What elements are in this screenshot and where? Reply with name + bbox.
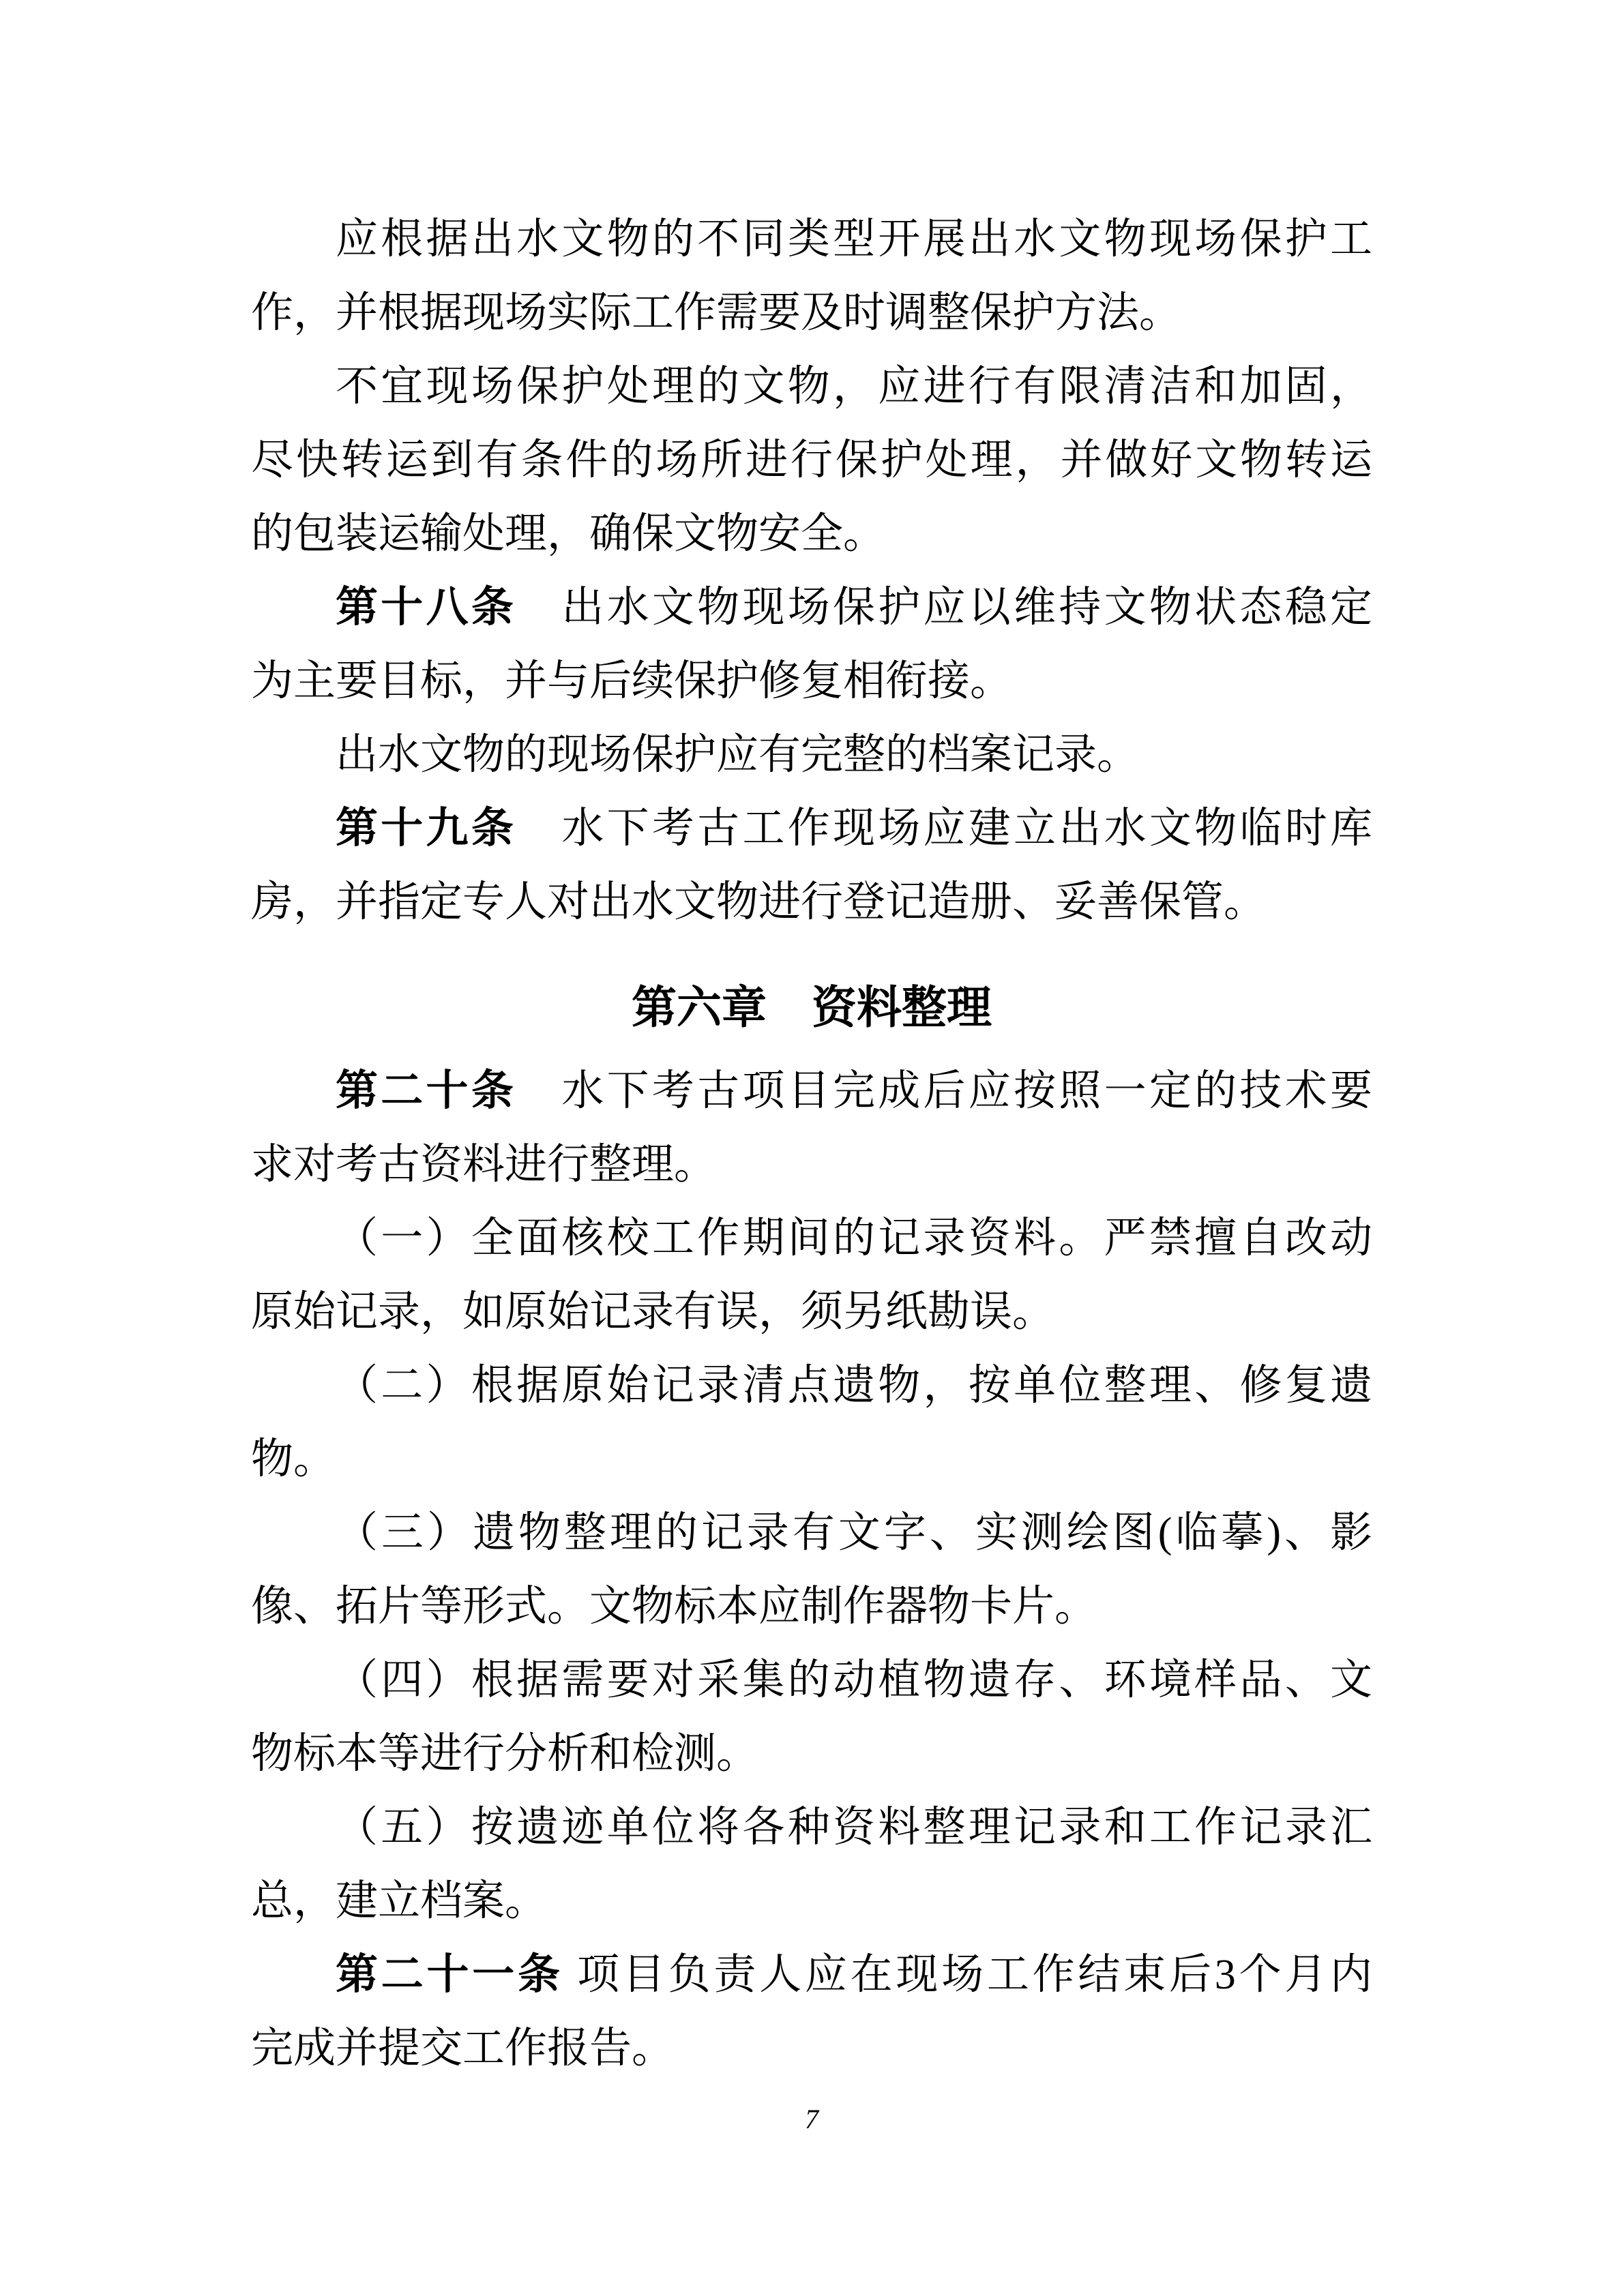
text-line-article-18: 第十八条 出水文物现场保护应以维持文物状态稳定	[251, 571, 1372, 644]
line-text: 尽快转运到有条件的场所进行保护处理，并做好文物转运	[251, 437, 1372, 483]
chapter-heading-text: 第六章 资料整理	[632, 982, 992, 1032]
text-line: 不宜现场保护处理的文物，应进行有限清洁和加固，	[251, 350, 1372, 423]
line-text: 物标本等进行分析和检测。	[251, 1731, 758, 1777]
article-text: 项目负责人应在现场工作结束后3个月内	[563, 1952, 1372, 1998]
text-line-item-2: （二）根据原始记录清点遗物，按单位整理、修复遗	[251, 1349, 1372, 1422]
text-line: 完成并提交工作报告。	[251, 2012, 1372, 2085]
line-text: 房，并指定专人对出水文物进行登记造册、妥善保管。	[251, 879, 1266, 925]
line-text: （四）根据需要对采集的动植物遗存、环境样品、文	[336, 1657, 1372, 1703]
page-content: 应根据出水文物的不同类型开展出水文物现场保护工 作，并根据现场实际工作需要及时调…	[0, 0, 1624, 2140]
text-line: 的包装运输处理，确保文物安全。	[251, 497, 1372, 571]
text-line-item-3: （三）遗物整理的记录有文字、实测绘图(临摹)、影	[251, 1496, 1372, 1570]
page-number: 7	[805, 2104, 818, 2134]
line-text: 物。	[251, 1436, 336, 1482]
article-text: 出水文物现场保护应以维持文物状态稳定	[516, 584, 1372, 631]
article-number: 第二十条	[336, 1067, 516, 1114]
text-line-item-5: （五）按遗迹单位将各种资料整理记录和工作记录汇	[251, 1791, 1372, 1864]
document-page: 应根据出水文物的不同类型开展出水文物现场保护工 作，并根据现场实际工作需要及时调…	[0, 0, 1624, 2296]
line-text: 总，建立档案。	[251, 1878, 547, 1924]
text-line-article-20: 第二十条 水下考古项目完成后应按照一定的技术要	[251, 1054, 1372, 1128]
text-line: 原始记录，如原始记录有误，须另纸勘误。	[251, 1275, 1372, 1349]
text-line: 求对考古资料进行整理。	[251, 1128, 1372, 1202]
line-text: （一）全面核校工作期间的记录资料。严禁擅自改动	[336, 1215, 1372, 1262]
line-text: 为主要目标，并与后续保护修复相衔接。	[251, 658, 1012, 704]
text-line-article-19: 第十九条 水下考古工作现场应建立出水文物临时库	[251, 792, 1372, 865]
line-text: 像、拓片等形式。文物标本应制作器物卡片。	[251, 1583, 1097, 1630]
line-text: 完成并提交工作报告。	[251, 2025, 674, 2072]
text-line: 物标本等进行分析和检测。	[251, 1717, 1372, 1791]
line-text: （三）遗物整理的记录有文字、实测绘图(临摹)、影	[336, 1510, 1372, 1556]
article-number: 第十八条	[336, 584, 516, 631]
text-line: 像、拓片等形式。文物标本应制作器物卡片。	[251, 1570, 1372, 1643]
text-line: 为主要目标，并与后续保护修复相衔接。	[251, 644, 1372, 718]
line-text: （二）根据原始记录清点遗物，按单位整理、修复遗	[336, 1362, 1372, 1409]
chapter-heading: 第六章 资料整理	[251, 970, 1372, 1044]
line-text: 的包装运输处理，确保文物安全。	[251, 511, 885, 557]
line-text: 应根据出水文物的不同类型开展出水文物现场保护工	[336, 216, 1372, 263]
text-line: 作，并根据现场实际工作需要及时调整保护方法。	[251, 276, 1372, 350]
text-line-article-21: 第二十一条 项目负责人应在现场工作结束后3个月内	[251, 1938, 1372, 2012]
line-text: 不宜现场保护处理的文物，应进行有限清洁和加固，	[336, 363, 1372, 410]
article-number: 第二十一条	[336, 1951, 563, 1998]
article-text: 水下考古工作现场应建立出水文物临时库	[516, 805, 1372, 852]
text-line: 尽快转运到有条件的场所进行保护处理，并做好文物转运	[251, 423, 1372, 497]
line-text: 出水文物的现场保护应有完整的档案记录。	[336, 732, 1139, 778]
text-line: 应根据出水文物的不同类型开展出水文物现场保护工	[251, 203, 1372, 276]
page-footer: 7	[251, 2099, 1372, 2140]
line-text: 求对考古资料进行整理。	[251, 1142, 716, 1188]
text-line-item-1: （一）全面核校工作期间的记录资料。严禁擅自改动	[251, 1202, 1372, 1275]
text-line: 物。	[251, 1422, 1372, 1496]
text-line: 房，并指定专人对出水文物进行登记造册、妥善保管。	[251, 865, 1372, 939]
article-number: 第十九条	[336, 805, 516, 852]
line-text: 原始记录，如原始记录有误，须另纸勘误。	[251, 1289, 1054, 1335]
text-line-item-4: （四）根据需要对采集的动植物遗存、环境样品、文	[251, 1643, 1372, 1717]
article-text: 水下考古项目完成后应按照一定的技术要	[516, 1068, 1372, 1114]
line-text: （五）按遗迹单位将各种资料整理记录和工作记录汇	[336, 1804, 1372, 1851]
text-line: 出水文物的现场保护应有完整的档案记录。	[251, 718, 1372, 792]
text-line: 总，建立档案。	[251, 1864, 1372, 1938]
line-text: 作，并根据现场实际工作需要及时调整保护方法。	[251, 290, 1181, 336]
